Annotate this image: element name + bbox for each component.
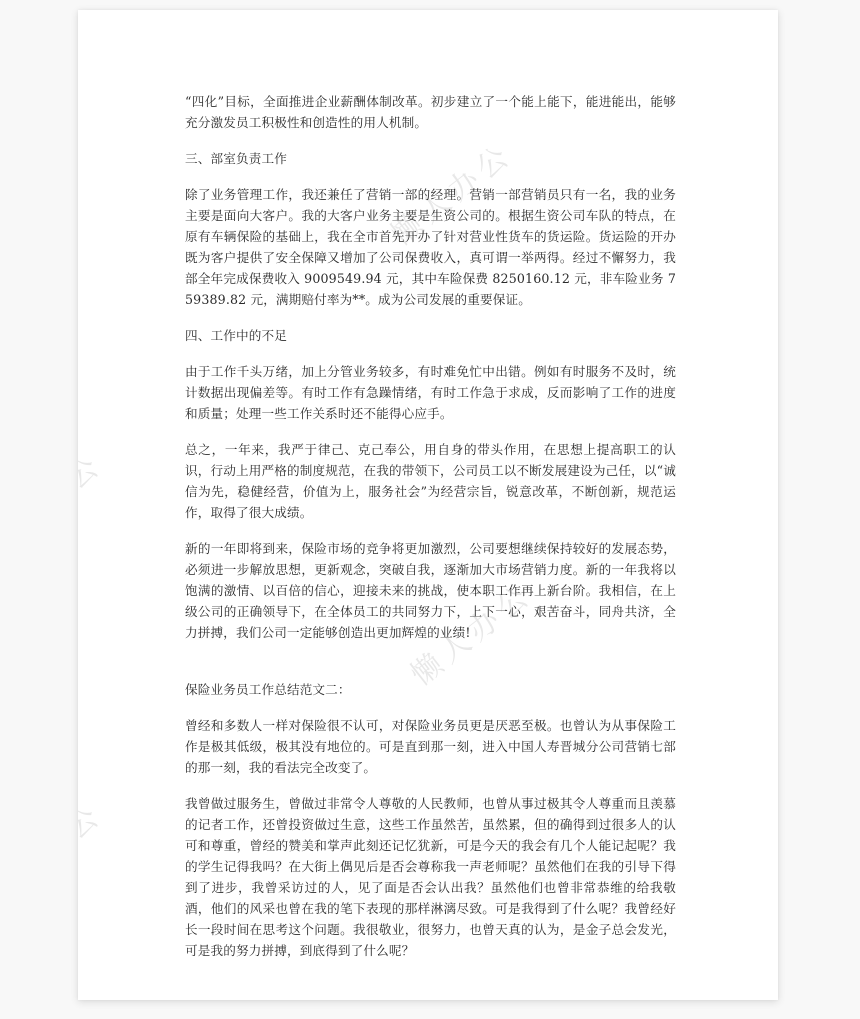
paragraph-outlook: 新的一年即将到来，保险市场的竞争将更加激烈，公司要想继续保持较好的发展态势，必须… <box>185 538 676 643</box>
paragraph-shortcomings: 由于工作千头万绪，加上分管业务较多，有时难免忙中出错。例如有时服务不及时，统计数… <box>185 361 676 424</box>
paragraph-summary: 总之，一年来，我严于律己、克己奉公，用自身的带头作用，在思想上提高职工的认识，行… <box>185 439 676 523</box>
section-heading-4: 四、工作中的不足 <box>185 325 676 346</box>
paragraph-department-work: 除了业务管理工作，我还兼任了营销一部的经理。营销一部营销员只有一名，我的业务主要… <box>185 184 676 310</box>
document-page: 懒人办公 懒人办公 懒人办公 懒人办公 懒人办公 懒人办公 “四化”目标，全面推… <box>78 10 778 1000</box>
section-heading-3: 三、部室负责工作 <box>185 148 676 169</box>
example-two-heading: 保险业务员工作总结范文二： <box>185 679 676 700</box>
paragraph-intro: “四化”目标，全面推进企业薪酬体制改革。初步建立了一个能上能下，能进能出，能够充… <box>185 91 676 133</box>
watermark: 懒人办公 <box>78 440 110 563</box>
watermark: 懒人办公 <box>78 790 110 913</box>
paragraph-example-two-career: 我曾做过服务生，曾做过非常令人尊敬的人民教师，也曾从事过极其令人尊重而且羡慕的记… <box>185 793 676 961</box>
paragraph-example-two-intro: 曾经和多数人一样对保险很不认可，对保险业务员更是厌恶至极。也曾认为从事保险工作是… <box>185 715 676 778</box>
document-body: “四化”目标，全面推进企业薪酬体制改革。初步建立了一个能上能下，能进能出，能够充… <box>185 91 676 976</box>
